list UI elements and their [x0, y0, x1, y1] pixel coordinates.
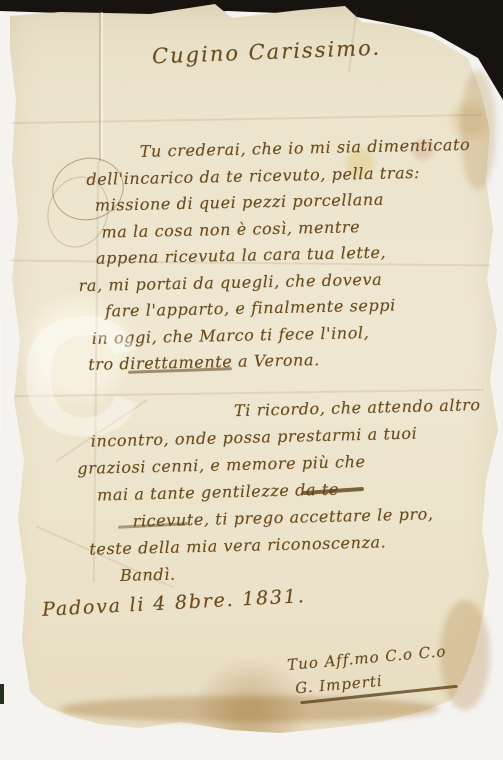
- scanned-letter-photo: Cugino Carissimo. Tu crederai, che io mi…: [0, 0, 503, 760]
- scanner-background-sliver: [0, 684, 4, 704]
- letter-paragraph-2: Ti ricordo, che attendo altro incontro, …: [76, 391, 485, 590]
- right-edge-stain: [440, 600, 490, 710]
- bottom-edge-stain: [60, 696, 440, 722]
- fold-crease-highlight: [101, 12, 103, 160]
- letter-paragraph-1: Tu crederai, che io mi sia dimenticato d…: [76, 132, 475, 379]
